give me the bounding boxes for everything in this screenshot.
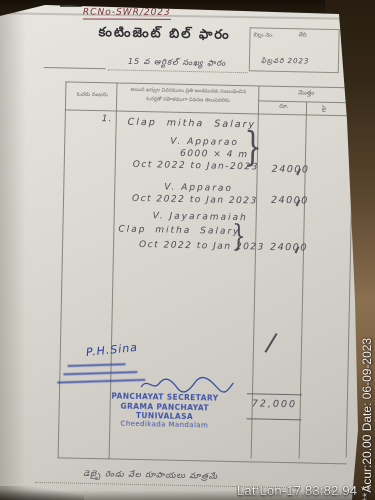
table-left-border (58, 81, 67, 458)
blue-script-line (63, 371, 137, 375)
grouping-brace: } (243, 127, 262, 167)
blue-script-line (57, 379, 145, 383)
amount-in-words: డెబ్బై రెండు వేల రూపాయలు మాత్రమే (83, 469, 218, 483)
entry-line: Clap mitha Salary (128, 117, 257, 131)
entry-amount: 24000 (271, 195, 309, 207)
stamp-mandal: Cheedikada Mandalam (100, 419, 228, 430)
bill-number-box: బిల్లు నెం. తేది ఫిబ్రవరి 2023 (249, 27, 340, 73)
entry-amount: 24000 (272, 164, 310, 176)
entry-line: 6000 × 4 m (180, 149, 249, 160)
header-description-line1: అయిన ఖర్చుల వివరములు ప్రతి అంశమునకు సంబం… (119, 87, 257, 97)
bill-form: RCNo-SWR/2023 కంటింజెంట్ బిల్ ఫారం బిల్ల… (0, 0, 375, 500)
entry-line: Oct 2022 to Jan 2023 (132, 194, 258, 207)
entry-line: Oct 2022 to Jan 2023 (139, 240, 265, 253)
total-rule-bottom (246, 418, 301, 420)
pen-stroke (264, 333, 277, 353)
table-rs-ps-divider (299, 101, 307, 458)
header-amount: మొత్తం (261, 89, 351, 99)
row-number: 1. (102, 114, 113, 124)
header-voucher-no: ఓచరు నంబరు (69, 90, 115, 99)
total-rule-top (247, 393, 302, 395)
header-amount-rs: రూ. (265, 103, 303, 112)
header-description-line2: ఓచర్లతో సహితముగా వివరణ తెలుపవలెను (119, 96, 257, 106)
photo-bottom-vignette (0, 490, 375, 500)
gps-accuracy-date-overlay: **Acur:20.00 Date: 06-09-2023 (360, 276, 374, 500)
bill-date-label: తేది (298, 31, 306, 39)
subtitle-handwritten: 15 వ ఆర్టికల్ సంఖ్య ఫారం (128, 57, 227, 70)
table-bottom-border (58, 457, 347, 464)
paper-sheet: RCNo-SWR/2023 కంటింజెంట్ బిల్ ఫారం బిల్ల… (0, 0, 375, 500)
entry-line: Clap mitha Salary (118, 225, 240, 238)
bill-date-handwritten: ఫిబ్రవరి 2023 (261, 56, 310, 67)
reference-number-handwritten: RCNo-SWR/2023 (83, 8, 171, 20)
entry-line: Oct 2022 to Jan-2023 (133, 160, 259, 173)
entry-line: V. Apparao (164, 182, 233, 193)
subtitle-rule-left (44, 67, 106, 69)
subtitle-dotted-line (108, 69, 248, 73)
total-amount: 72,000 (252, 398, 297, 410)
bill-no-label: బిల్లు నెం. (253, 31, 273, 39)
header-amount-ps: పై (309, 105, 339, 114)
signature-initials: P.H.Sina (85, 341, 138, 359)
entry-amount: 24000 (270, 242, 308, 254)
document-photo: RCNo-SWR/2023 కంటింజెంట్ బిల్ ఫారం బిల్ల… (0, 0, 375, 500)
form-title: కంటింజెంట్ బిల్ ఫారం (98, 25, 230, 46)
blue-script-line (68, 363, 126, 366)
table-top-border (65, 81, 355, 88)
entry-line: V. Apparao (170, 137, 239, 148)
